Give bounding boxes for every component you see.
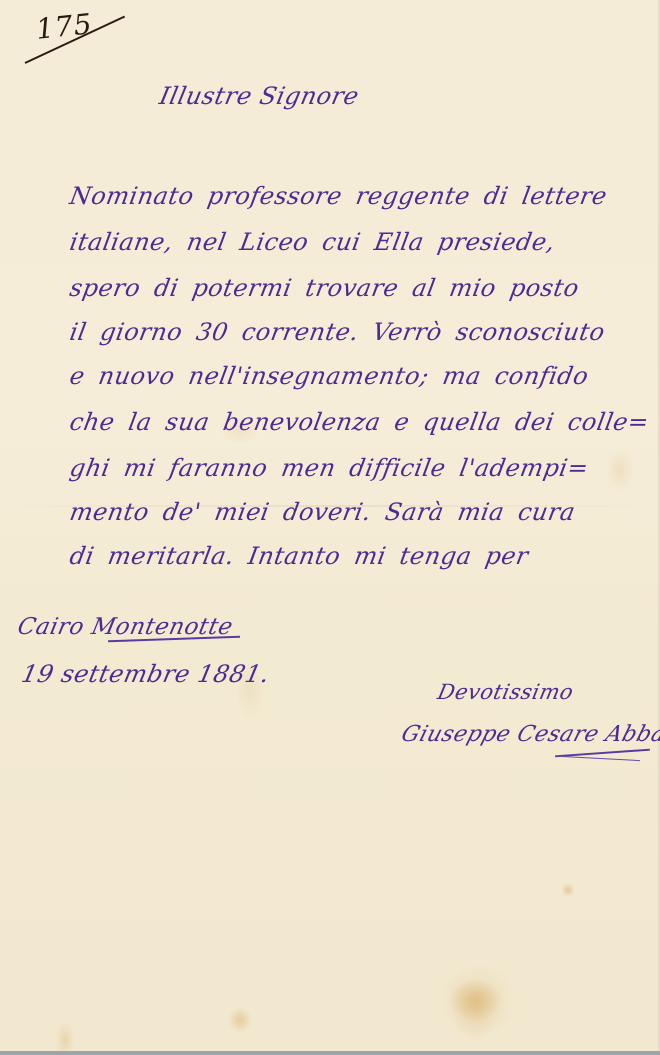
body-line: il giorno 30 corrente. Verrò sconosciuto [68, 318, 608, 346]
body-line: che la sua benevolenza e quella dei coll… [68, 408, 652, 436]
letter-page: 175 Illustre Signore Nominato professore… [0, 0, 660, 1055]
body-line: italiane, nel Liceo cui Ella presiede, [68, 228, 558, 256]
signature-flourish [560, 756, 640, 761]
salutation: Illustre Signore [157, 82, 362, 110]
body-line: di meritarla. Intanto mi tenga per [68, 542, 531, 570]
closing-phrase: Devotissimo [435, 680, 575, 704]
paper-bottom-edge [0, 1051, 660, 1055]
signature: Giuseppe Cesare Abba [398, 722, 660, 747]
body-line: e nuovo nell'insegnamento; ma confido [68, 362, 591, 390]
archive-number: 175 [34, 7, 94, 46]
body-line: mento de' miei doveri. Sarà mia cura [68, 498, 578, 526]
body-line: ghi mi faranno men difficile l'adempi= [68, 454, 591, 482]
body-line: Nominato professore reggente di lettere [68, 182, 610, 210]
body-line: spero di potermi trovare al mio posto [68, 274, 582, 302]
letter-date: 19 settembre 1881. [19, 660, 272, 688]
